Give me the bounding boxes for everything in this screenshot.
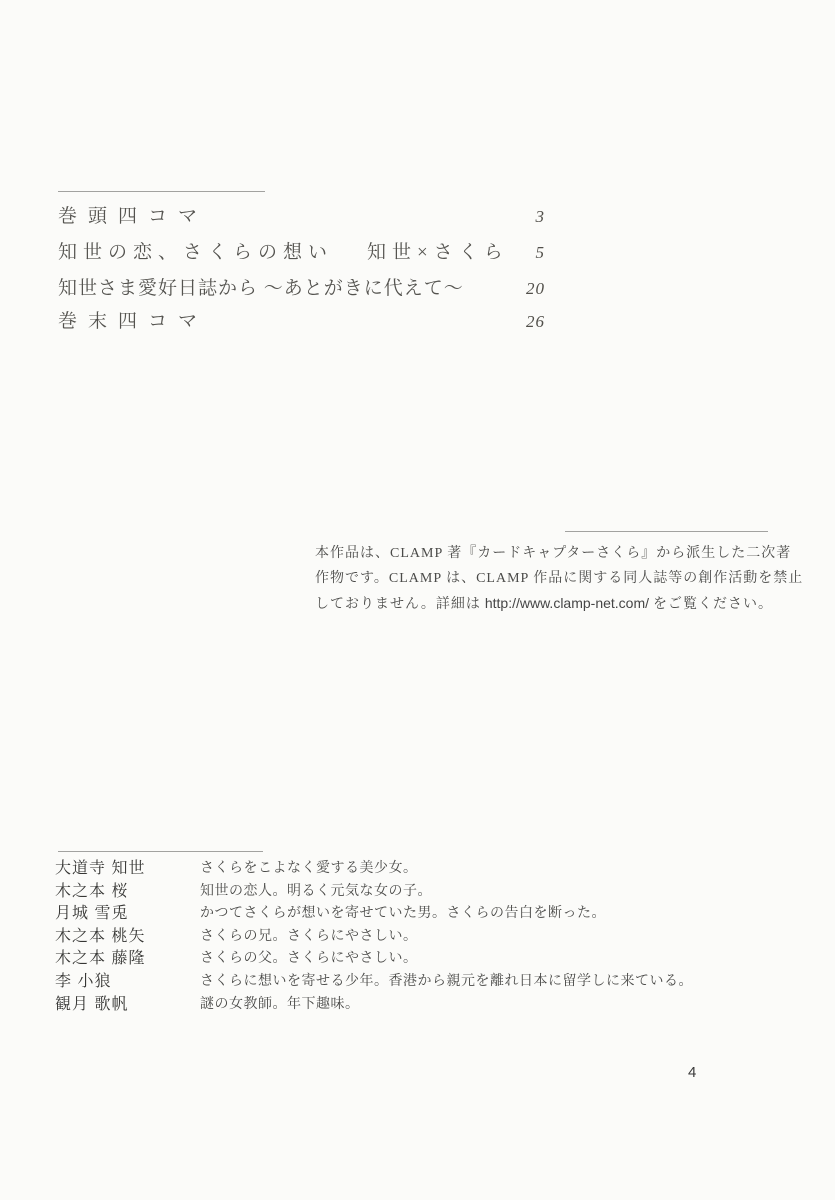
toc-entry-title: 巻頭四コマ bbox=[58, 206, 208, 227]
character-description: 謎の女教師。年下趣味。 bbox=[200, 996, 360, 1014]
toc-entry: 巻末四コマ 26 bbox=[58, 310, 545, 334]
toc-entry-page: 5 bbox=[536, 241, 546, 265]
characters-divider-line bbox=[58, 851, 263, 852]
toc-entry-pairing: 知世×さくら bbox=[367, 241, 509, 265]
character-row: 月城 雪兎かつてさくらが想いを寄せていた男。さくらの告白を断った。 bbox=[55, 905, 795, 923]
toc-entry: 知世の恋、さくらの想い 知世×さくら 5 bbox=[58, 241, 545, 265]
clamp-net-url: http://www.clamp-net.com/ bbox=[485, 595, 649, 611]
character-row: 観月 歌帆謎の女教師。年下趣味。 bbox=[55, 996, 795, 1014]
disclaimer-text: 本作品は、CLAMP 著『カードキャプターさくら』から派生した二次著 作物です。… bbox=[315, 541, 785, 617]
toc-entry: 巻頭四コマ 3 bbox=[58, 205, 545, 229]
toc-entry-title: 巻末四コマ bbox=[58, 311, 208, 332]
character-description: さくらに想いを寄せる少年。香港から親元を離れ日本に留学しに来ている。 bbox=[200, 973, 693, 991]
disclaimer-line-3-suffix: をご覧ください。 bbox=[653, 597, 773, 612]
toc-entry-title: 知世の恋、さくらの想い bbox=[58, 242, 333, 263]
doujinshi-contents-page: 巻頭四コマ 3 知世の恋、さくらの想い 知世×さくら 5 知世さま愛好日誌から … bbox=[0, 0, 835, 1200]
character-name: 月城 雪兎 bbox=[55, 905, 200, 923]
character-description: かつてさくらが想いを寄せていた男。さくらの告白を断った。 bbox=[200, 905, 606, 923]
disclaimer-line-3-prefix: しておりません。詳細は bbox=[315, 597, 481, 612]
toc-entry-page: 20 bbox=[526, 277, 545, 301]
disclaimer-line-2: 作物です。CLAMP は、CLAMP 作品に関する同人誌等の創作活動を禁止 bbox=[315, 566, 785, 591]
disclaimer-line-1: 本作品は、CLAMP 著『カードキャプターさくら』から派生した二次著 bbox=[315, 541, 785, 566]
toc-entry: 知世さま愛好日誌から ～あとがきに代えて～ 20 bbox=[58, 277, 545, 301]
character-row: 大道寺 知世さくらをこよなく愛する美少女。 bbox=[55, 860, 795, 878]
disclaimer-divider-line bbox=[565, 531, 768, 532]
disclaimer-line-3: しておりません。詳細はhttp://www.clamp-net.com/をご覧く… bbox=[315, 591, 785, 617]
toc-entry-title: 知世さま愛好日誌から ～あとがきに代えて～ bbox=[58, 278, 464, 299]
character-name: 木之本 桜 bbox=[55, 883, 200, 901]
character-name: 李 小狼 bbox=[55, 973, 200, 991]
toc-entry-page: 3 bbox=[536, 205, 546, 229]
character-row: 木之本 桜知世の恋人。明るく元気な女の子。 bbox=[55, 883, 795, 901]
character-row: 木之本 藤隆さくらの父。さくらにやさしい。 bbox=[55, 950, 795, 968]
toc-divider-line bbox=[58, 191, 265, 192]
character-description: さくらの兄。さくらにやさしい。 bbox=[200, 928, 418, 946]
character-description: さくらをこよなく愛する美少女。 bbox=[200, 860, 418, 878]
character-row: 木之本 桃矢さくらの兄。さくらにやさしい。 bbox=[55, 928, 795, 946]
character-name: 観月 歌帆 bbox=[55, 996, 200, 1014]
character-description: さくらの父。さくらにやさしい。 bbox=[200, 950, 418, 968]
character-row: 李 小狼さくらに想いを寄せる少年。香港から親元を離れ日本に留学しに来ている。 bbox=[55, 973, 795, 991]
toc-entry-page: 26 bbox=[526, 310, 545, 334]
character-name: 木之本 藤隆 bbox=[55, 950, 200, 968]
character-name: 大道寺 知世 bbox=[55, 860, 200, 878]
character-list: 大道寺 知世さくらをこよなく愛する美少女。 木之本 桜知世の恋人。明るく元気な女… bbox=[55, 860, 795, 1018]
character-description: 知世の恋人。明るく元気な女の子。 bbox=[200, 883, 432, 901]
page-number: 4 bbox=[688, 1064, 696, 1081]
character-name: 木之本 桃矢 bbox=[55, 928, 200, 946]
